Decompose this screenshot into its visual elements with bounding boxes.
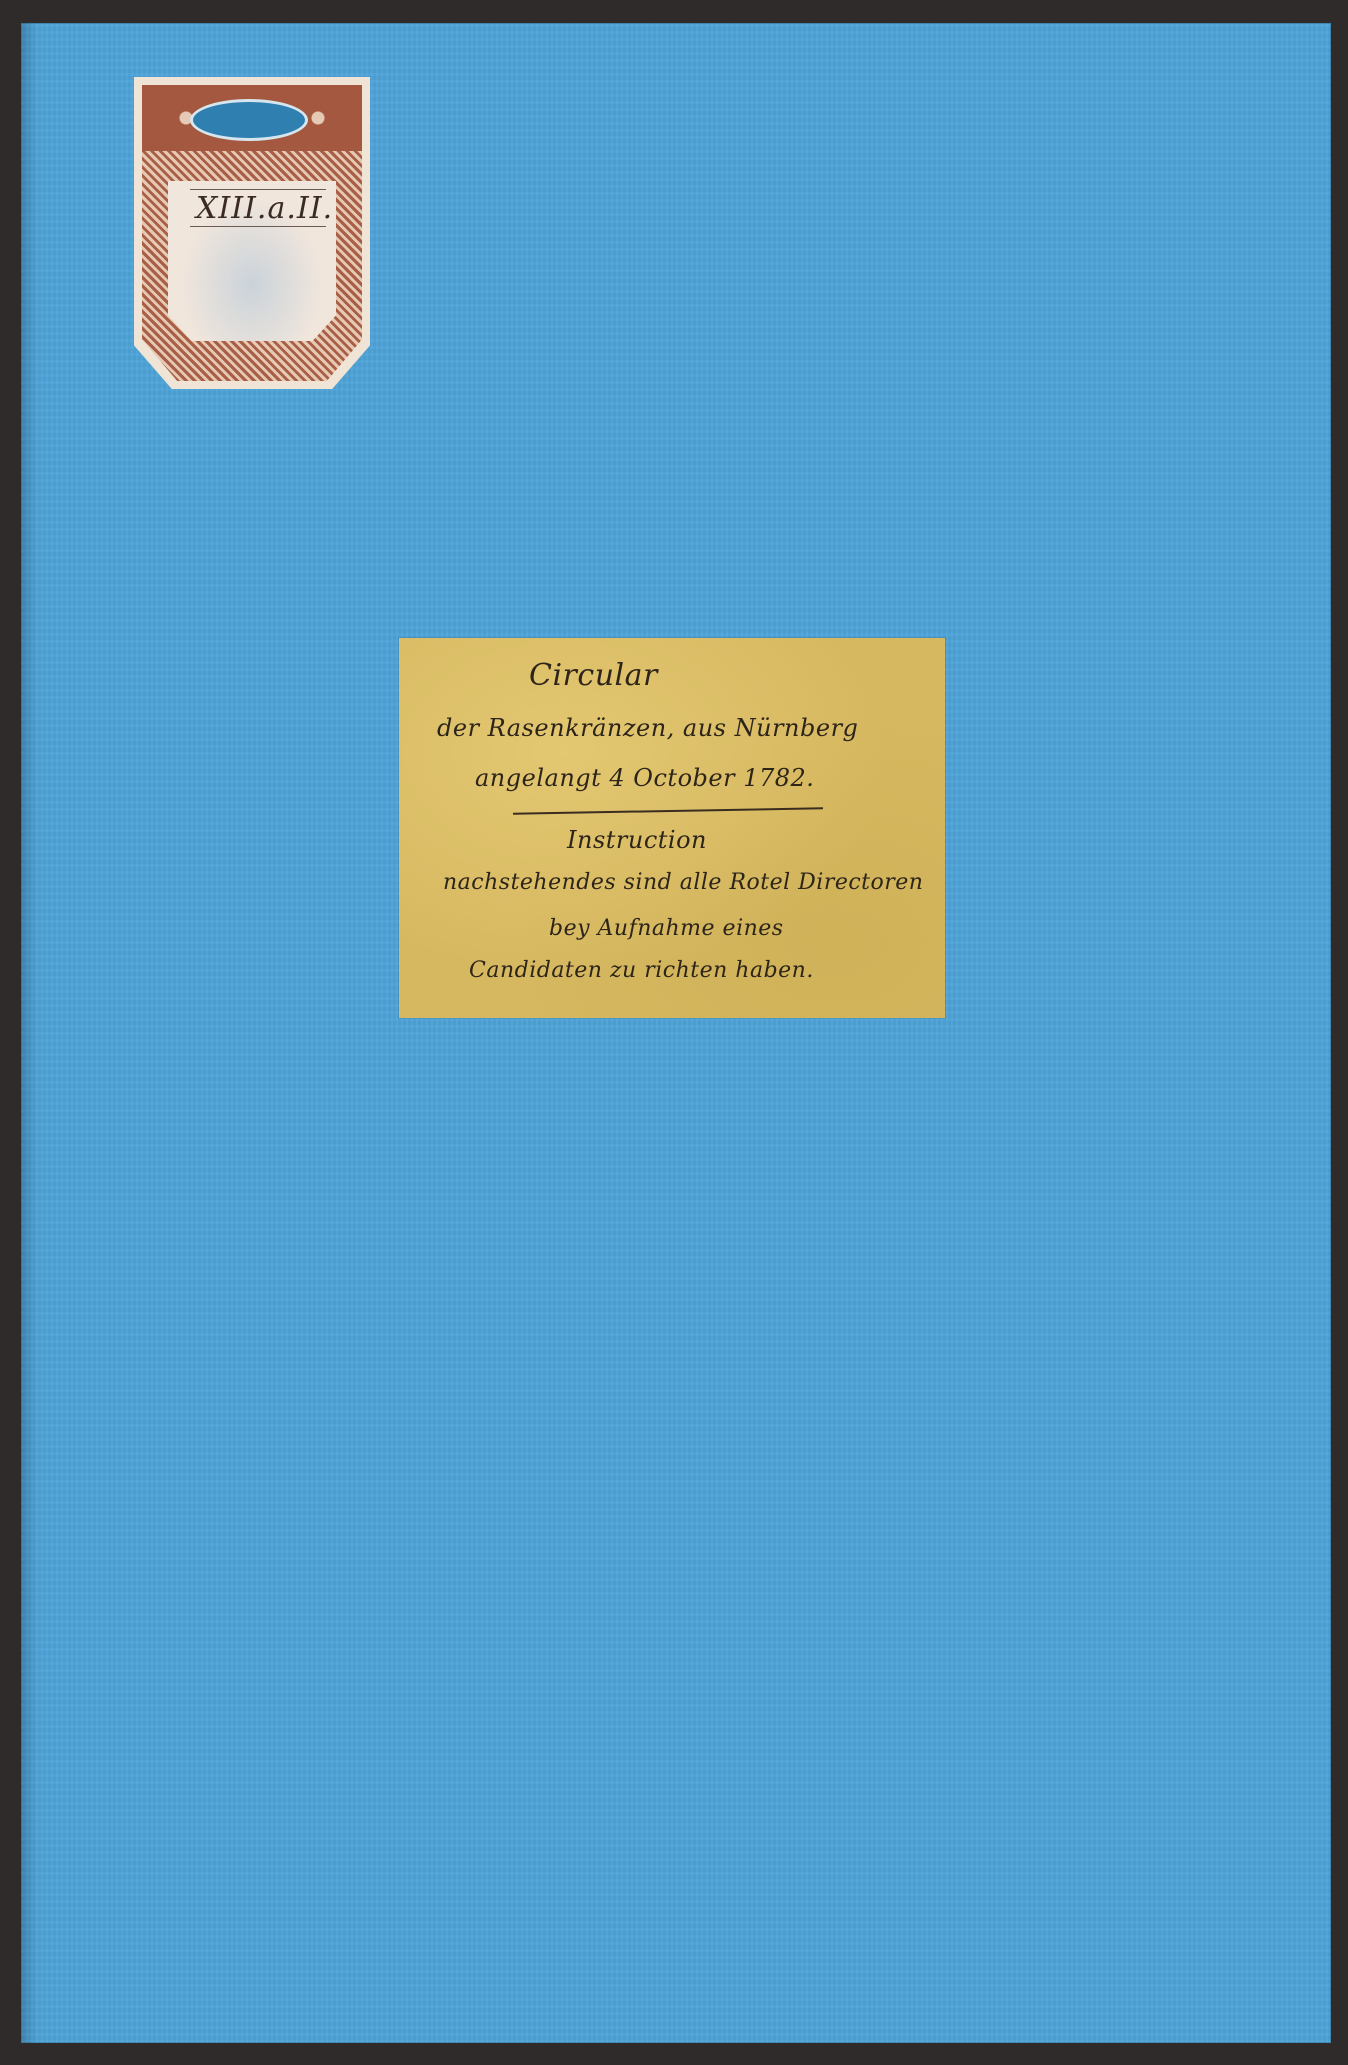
shelf-code: XIII.a.II. (190, 189, 326, 227)
note-title: Circular (529, 658, 658, 693)
note-line: der Rasenkränzen, aus Nürnberg (437, 714, 858, 742)
note-line: bey Aufnahme eines (549, 916, 784, 941)
note-divider (513, 807, 823, 814)
shelf-label: XIII.a.II. (134, 77, 370, 389)
handwritten-note: Circular der Rasenkränzen, aus Nürnberg … (399, 638, 945, 1018)
label-oval-emblem (190, 99, 308, 141)
note-line: nachstehendes sind alle Rotel Directoren (443, 870, 923, 895)
spine-edge (21, 23, 37, 2043)
note-line: Candidaten zu richten haben. (469, 958, 814, 983)
note-line: angelangt 4 October 1782. (475, 764, 814, 792)
note-subtitle: Instruction (567, 826, 707, 854)
